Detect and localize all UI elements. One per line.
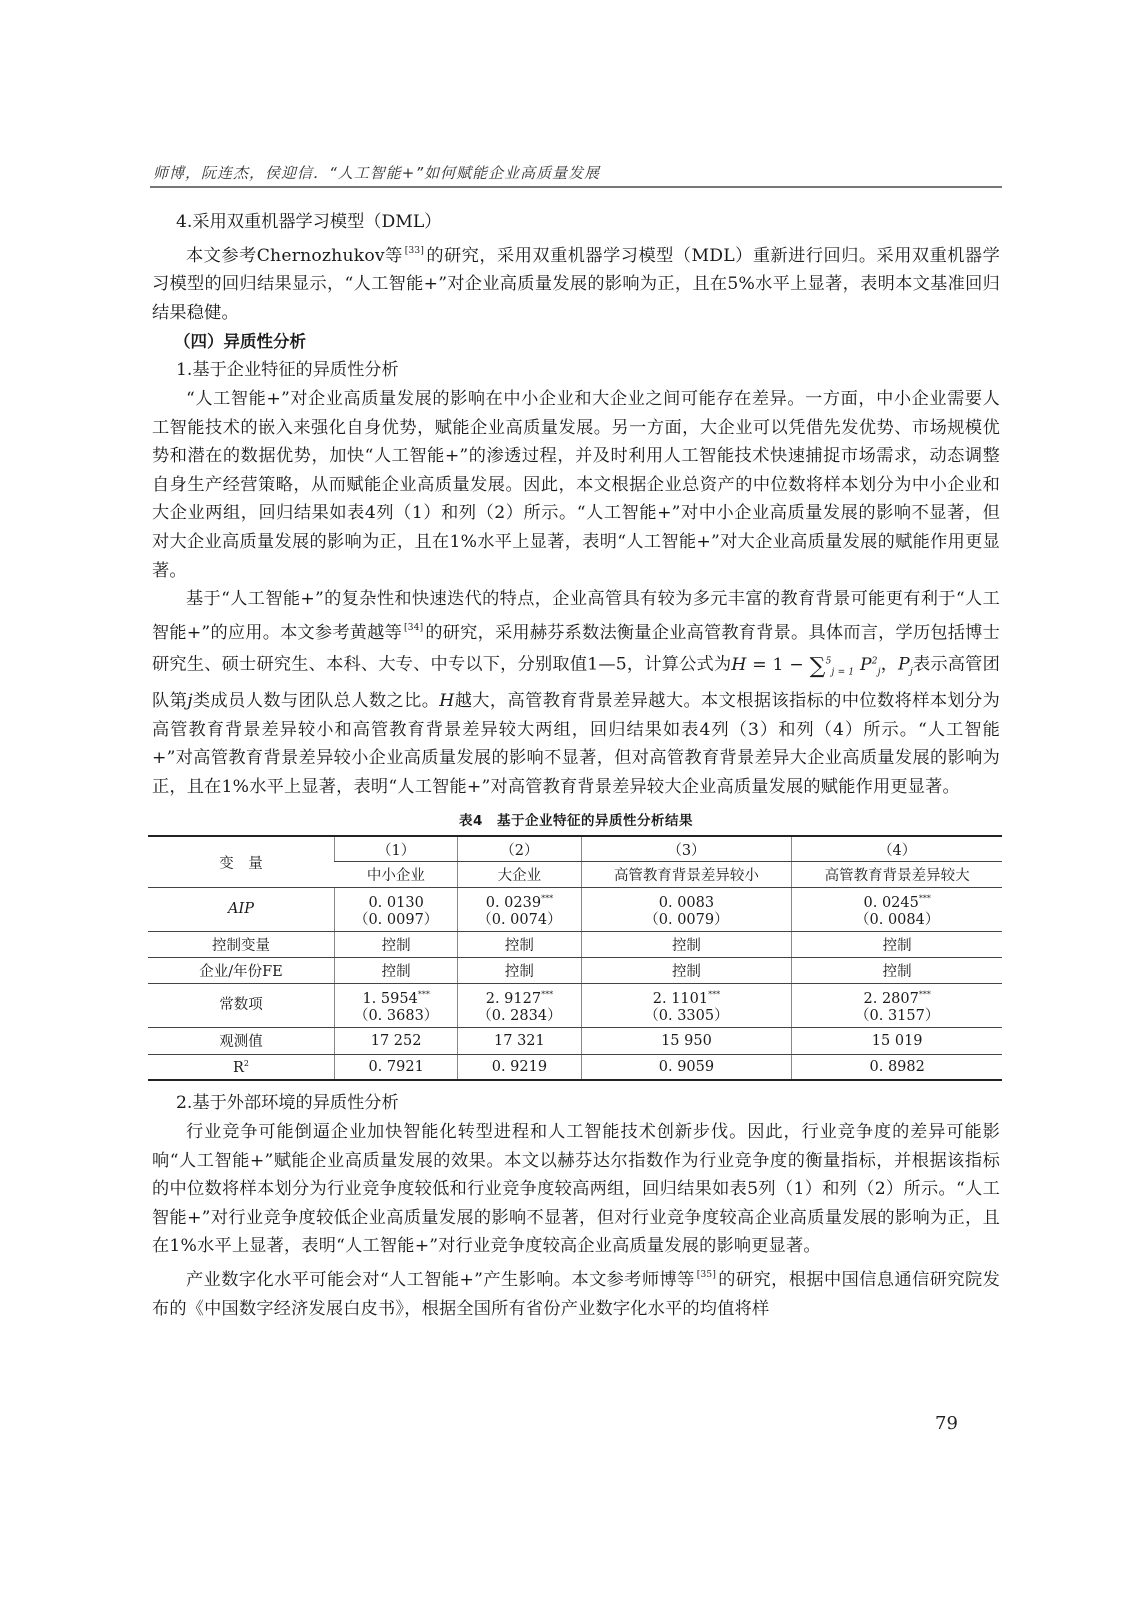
article-body: 4.采用双重机器学习模型（DML） 本文参考Chernozhukov等[33]的… xyxy=(152,208,1000,1323)
subsection-heading-external-environment: 2.基于外部环境的异质性分析 xyxy=(152,1089,1000,1118)
herfindahl-formula: H = 1 − ∑5j = 1 P2j xyxy=(731,655,880,675)
column-number-1: （1） xyxy=(335,836,458,861)
running-head: 师博，阮连杰，侯迎信．“人工智能+”如何赋能企业高质量发展 xyxy=(153,162,1000,183)
journal-page: 师博，阮连杰，侯迎信．“人工智能+”如何赋能企业高质量发展 4.采用双重机器学习… xyxy=(0,0,1140,1600)
table-row-observations: 观测值 17 252 17 321 15 950 15 019 xyxy=(148,1027,1002,1054)
page-number: 79 xyxy=(935,1413,958,1434)
row-label-constant: 常数项 xyxy=(148,983,335,1027)
column-label-4: 高管教育背景差异较大 xyxy=(792,861,1002,887)
aip-cell-4: 0. 0245***（0. 0084） xyxy=(792,887,1002,931)
aip-cell-1: 0. 0130（0. 0097） xyxy=(335,887,458,931)
table-row-constant: 常数项 1. 5954***（0. 3683） 2. 9127***（0. 28… xyxy=(148,983,1002,1027)
citation-33: [33] xyxy=(405,246,424,256)
paragraph-executive-education: 基于“人工智能+”的复杂性和快速迭代的特点，企业高管具有较为多元丰富的教育背景可… xyxy=(152,585,1000,801)
citation-35: [35] xyxy=(697,1270,716,1280)
table-4: 变 量 （1） （2） （3） （4） 中小企业 大企业 高管教育背景差异较小 … xyxy=(148,835,1002,1081)
row-label-controls: 控制变量 xyxy=(148,931,335,957)
aip-cell-3: 0. 0083（0. 0079） xyxy=(581,887,792,931)
header-rule xyxy=(150,186,1002,188)
paragraph-firm-size: “人工智能+”对企业高质量发展的影响在中小企业和大企业之间可能存在差异。一方面，… xyxy=(152,385,1000,585)
table-row-fe: 企业/年份FE 控制 控制 控制 控制 xyxy=(148,957,1002,983)
paragraph-dml: 本文参考Chernozhukov等[33]的研究，采用双重机器学习模型（MDL）… xyxy=(152,237,1000,328)
column-number-4: （4） xyxy=(792,836,1002,861)
column-label-1: 中小企业 xyxy=(335,861,458,887)
table-row-controls: 控制变量 控制 控制 控制 控制 xyxy=(148,931,1002,957)
variable-header: 变 量 xyxy=(148,836,335,887)
column-number-3: （3） xyxy=(581,836,792,861)
column-label-2: 大企业 xyxy=(458,861,581,887)
row-label-aip: AIP xyxy=(148,887,335,931)
aip-cell-2: 0. 0239***（0. 0074） xyxy=(458,887,581,931)
table-4-caption: 表4 基于企业特征的异质性分析结果 xyxy=(152,809,1000,829)
section-heading-heterogeneity: （四）异质性分析 xyxy=(152,327,1000,356)
paragraph-industry-competition: 行业竞争可能倒逼企业加快智能化转型进程和人工智能技术创新步伐。因此，行业竞争度的… xyxy=(152,1118,1000,1261)
subsection-heading-dml: 4.采用双重机器学习模型（DML） xyxy=(152,208,1000,237)
row-label-r-squared: R2 xyxy=(148,1054,335,1080)
subsection-heading-firm-characteristics: 1.基于企业特征的异质性分析 xyxy=(152,356,1000,385)
table-row-aip: AIP 0. 0130（0. 0097） 0. 0239***（0. 0074）… xyxy=(148,887,1002,931)
citation-34: [34] xyxy=(404,623,423,633)
table-row-r-squared: R2 0. 7921 0. 9219 0. 9059 0. 8982 xyxy=(148,1054,1002,1080)
column-number-2: （2） xyxy=(458,836,581,861)
row-label-fe: 企业/年份FE xyxy=(148,957,335,983)
column-label-3: 高管教育背景差异较小 xyxy=(581,861,792,887)
paragraph-industrial-digitalization: 产业数字化水平可能会对“人工智能+”产生影响。本文参考师博等[35]的研究，根据… xyxy=(152,1261,1000,1323)
row-label-observations: 观测值 xyxy=(148,1027,335,1054)
